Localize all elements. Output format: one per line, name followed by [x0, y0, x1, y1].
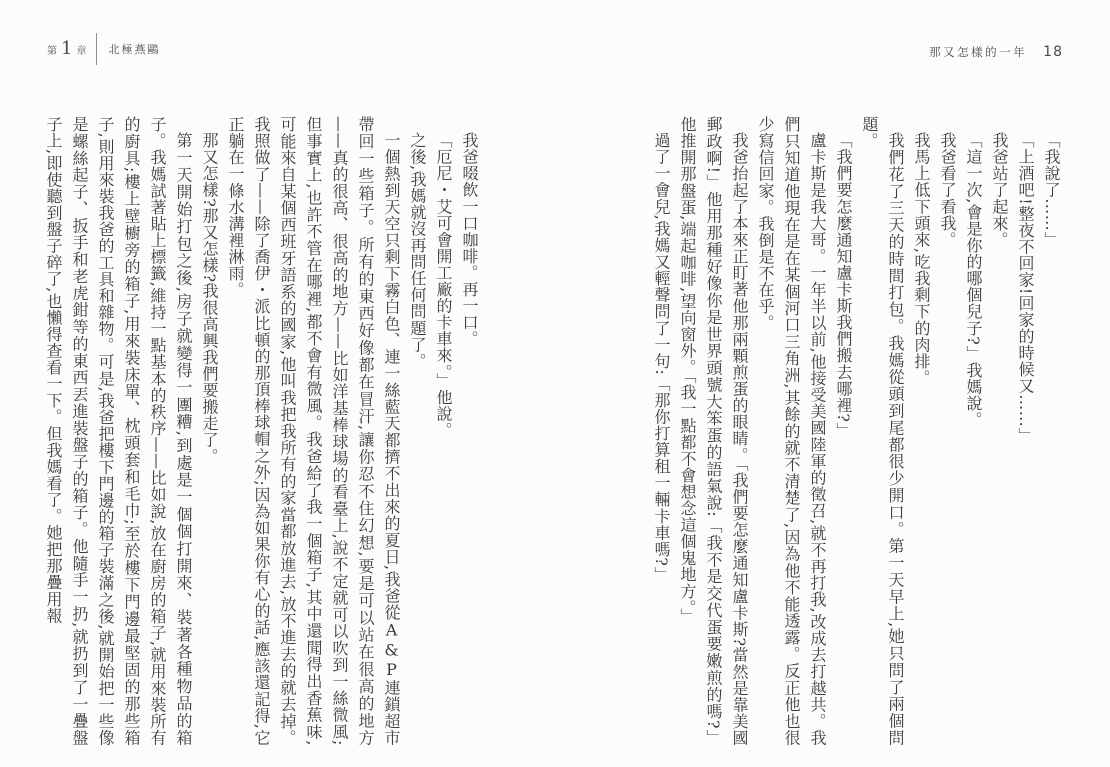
chapter-number: 1 — [61, 40, 73, 58]
book-spread: { "header_left": { "chapter_prefix": "第"… — [0, 0, 1110, 767]
chapter-title: 北極燕鷗 — [108, 41, 160, 57]
paragraph: 過了一會兒,我媽又輕聲問了一句:「那你打算租一輛卡車嗎?」 — [648, 116, 674, 746]
paragraph: 一個熱到天空只剩下霧白色、連一絲藍天都擠不出來的夏日,我爸從A&P連鎖超市帶回一… — [222, 116, 404, 746]
paragraph: 我爸看了看我。 — [934, 116, 960, 746]
chapter-prefix: 第 — [47, 42, 58, 57]
paragraph: 「這一次,會是你的哪個兒子?」我媽說。 — [960, 116, 986, 746]
paragraph: 我爸抬起了本來正盯著他那兩顆煎蛋的眼睛。「我們要怎麼通知盧卡斯?當然是靠美國郵政… — [674, 116, 752, 746]
running-head-left: 第 1 章 北極燕鷗 — [47, 33, 160, 65]
paragraph: 「上酒吧!整夜不回家!回家的時候又……」 — [1012, 116, 1038, 746]
paragraph: 我馬上低下頭來,吃我剩下的肉排。 — [908, 116, 934, 746]
right-page-text: 「我說了……」 「上酒吧!整夜不回家!回家的時候又……」 我爸站了起來。 「這一… — [648, 116, 1064, 746]
paragraph: 「我說了……」 — [1038, 116, 1064, 746]
header-divider-rule — [96, 33, 97, 65]
latin-run: A&P — [382, 621, 401, 680]
paragraph: 我們花了三天的時間打包。我媽從頭到尾都很少開口。第一天早上,她只問了兩個問題。 — [856, 116, 908, 746]
running-title: 那又怎樣的一年 — [929, 44, 1027, 60]
paragraph: 我爸啜飲一口咖啡。再一口。 — [456, 116, 482, 746]
chapter-label: 第 1 章 — [47, 40, 87, 58]
chapter-suffix: 章 — [76, 42, 87, 57]
running-head-right: 那又怎樣的一年 18 — [929, 44, 1063, 60]
page-number: 18 — [1043, 44, 1063, 60]
paragraph: 第一天開始打包之後,房子就變得一團糟,到處是一個個打開來、裝著各種物品的箱子。我… — [40, 116, 196, 746]
paragraph: 「厄尼・艾可會開工廠的卡車來。」他說。 — [430, 116, 456, 746]
paragraph: 我爸站了起來。 — [986, 116, 1012, 746]
paragraph: 「我們要怎麼通知盧卡斯我們搬去哪裡?」 — [830, 116, 856, 746]
paragraph: 那又怎樣?那又怎樣?我很高興我們要搬走了。 — [196, 116, 222, 746]
left-page-text: 我爸啜飲一口咖啡。再一口。 「厄尼・艾可會開工廠的卡車來。」他說。 之後,我媽就… — [40, 116, 482, 746]
paragraph: 之後,我媽就沒再問任何問題了。 — [404, 116, 430, 746]
paragraph: 盧卡斯是我大哥。一年半以前,他接受美國陸軍的徵召,就不再打我,改成去打越共。我們… — [752, 116, 830, 746]
